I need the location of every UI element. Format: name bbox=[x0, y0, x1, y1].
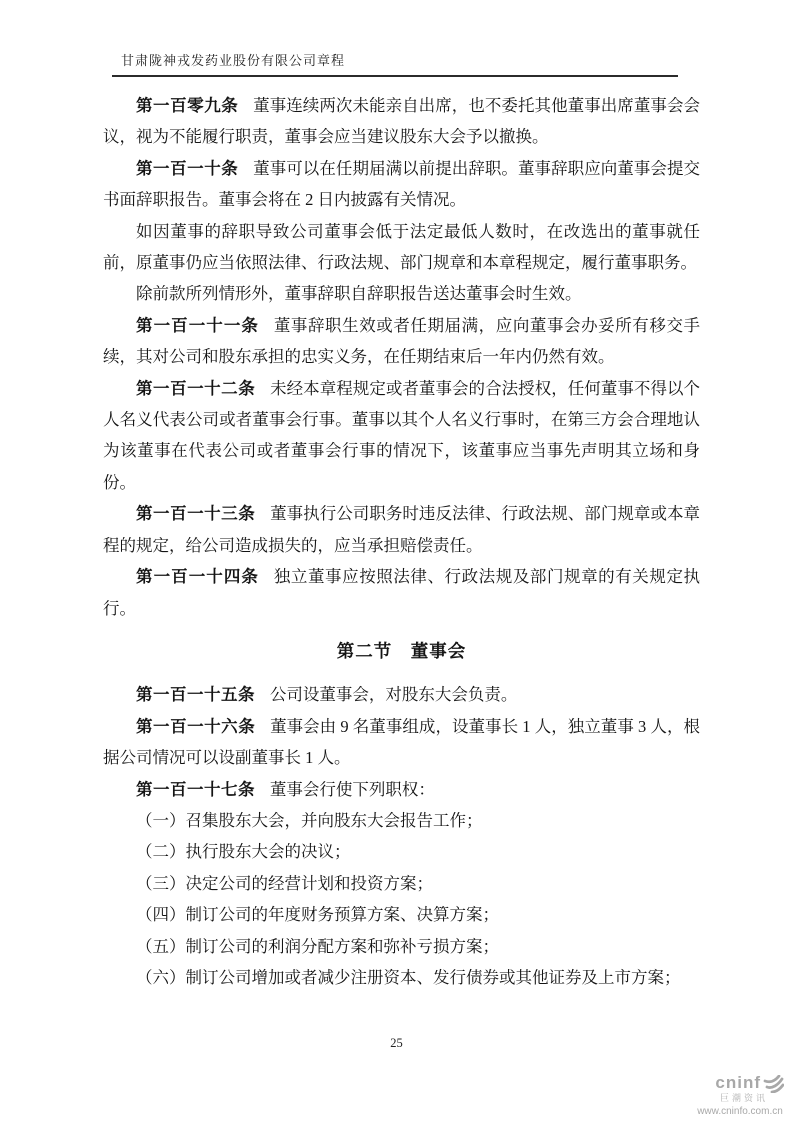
article-paragraph: 第一百一十三条董事执行公司职务时违反法律、行政法规、部门规章或本章程的规定，给公… bbox=[103, 498, 700, 561]
article-number: 第一百一十六条 bbox=[136, 717, 255, 736]
page-number: 25 bbox=[0, 1036, 793, 1051]
article-text: 董事会行使下列职权： bbox=[270, 780, 435, 799]
article-number: 第一百零九条 bbox=[136, 96, 238, 115]
duty-item: （二）执行股东大会的决议； bbox=[103, 836, 700, 867]
article-paragraph: 第一百一十四条独立董事应按照法律、行政法规及部门规章的有关规定执行。 bbox=[103, 561, 700, 624]
cninfo-logo: cninf 巨潮资讯 www.cninfo.com.cn bbox=[694, 1074, 786, 1117]
article-number: 第一百一十四条 bbox=[136, 567, 259, 586]
cninfo-chinese-name: 巨潮资讯 bbox=[694, 1094, 786, 1104]
article-text: 公司设董事会，对股东大会负责。 bbox=[270, 685, 518, 704]
body-paragraph: 如因董事的辞职导致公司董事会低于法定最低人数时，在改选出的董事就任前，原董事仍应… bbox=[103, 216, 700, 279]
article-number: 第一百一十一条 bbox=[136, 316, 259, 335]
article-number: 第一百一十二条 bbox=[136, 379, 255, 398]
section-heading: 第二节 董事会 bbox=[103, 636, 700, 667]
article-number: 第一百一十三条 bbox=[136, 504, 255, 523]
cninfo-swirl-icon bbox=[763, 1075, 784, 1093]
duty-item: （四）制订公司的年度财务预算方案、决算方案； bbox=[103, 899, 700, 930]
article-paragraph: 第一百零九条董事连续两次未能亲自出席，也不委托其他董事出席董事会会议，视为不能履… bbox=[103, 90, 700, 153]
article-paragraph: 第一百一十二条未经本章程规定或者董事会的合法授权，任何董事不得以个人名义代表公司… bbox=[103, 373, 700, 499]
article-paragraph: 第一百一十五条公司设董事会，对股东大会负责。 bbox=[103, 679, 700, 710]
duty-item: （一）召集股东大会，并向股东大会报告工作； bbox=[103, 805, 700, 836]
document-page: 甘肃陇神戎发药业股份有限公司章程 第一百零九条董事连续两次未能亲自出席，也不委托… bbox=[0, 0, 793, 1122]
article-number: 第一百一十五条 bbox=[136, 685, 255, 704]
duty-item: （五）制订公司的利润分配方案和弥补亏损方案； bbox=[103, 931, 700, 962]
cninfo-brand-text: cninf bbox=[715, 1074, 761, 1093]
document-body: 第一百零九条董事连续两次未能亲自出席，也不委托其他董事出席董事会会议，视为不能履… bbox=[103, 90, 700, 993]
cninfo-brand-row: cninf bbox=[694, 1074, 786, 1093]
page-header: 甘肃陇神戎发药业股份有限公司章程 bbox=[112, 50, 678, 77]
cninfo-url: www.cninfo.com.cn bbox=[694, 1106, 786, 1117]
paragraph-text: 除前款所列情形外，董事辞职自辞职报告送达董事会时生效。 bbox=[136, 284, 582, 303]
article-paragraph: 第一百一十七条董事会行使下列职权： bbox=[103, 774, 700, 805]
article-number: 第一百一十条 bbox=[136, 159, 238, 178]
duty-item: （六）制订公司增加或者减少注册资本、发行债券或其他证券及上市方案； bbox=[103, 962, 700, 993]
body-paragraph: 除前款所列情形外，董事辞职自辞职报告送达董事会时生效。 bbox=[103, 278, 700, 309]
article-paragraph: 第一百一十一条董事辞职生效或者任期届满，应向董事会办妥所有移交手续，其对公司和股… bbox=[103, 310, 700, 373]
article-paragraph: 第一百一十六条董事会由 9 名董事组成，设董事长 1 人，独立董事 3 人，根据… bbox=[103, 711, 700, 774]
article-paragraph: 第一百一十条董事可以在任期届满以前提出辞职。董事辞职应向董事会提交书面辞职报告。… bbox=[103, 153, 700, 216]
paragraph-text: 如因董事的辞职导致公司董事会低于法定最低人数时，在改选出的董事就任前，原董事仍应… bbox=[103, 222, 700, 272]
header-title: 甘肃陇神戎发药业股份有限公司章程 bbox=[112, 50, 678, 69]
duty-item: （三）决定公司的经营计划和投资方案； bbox=[103, 868, 700, 899]
article-number: 第一百一十七条 bbox=[136, 780, 255, 799]
